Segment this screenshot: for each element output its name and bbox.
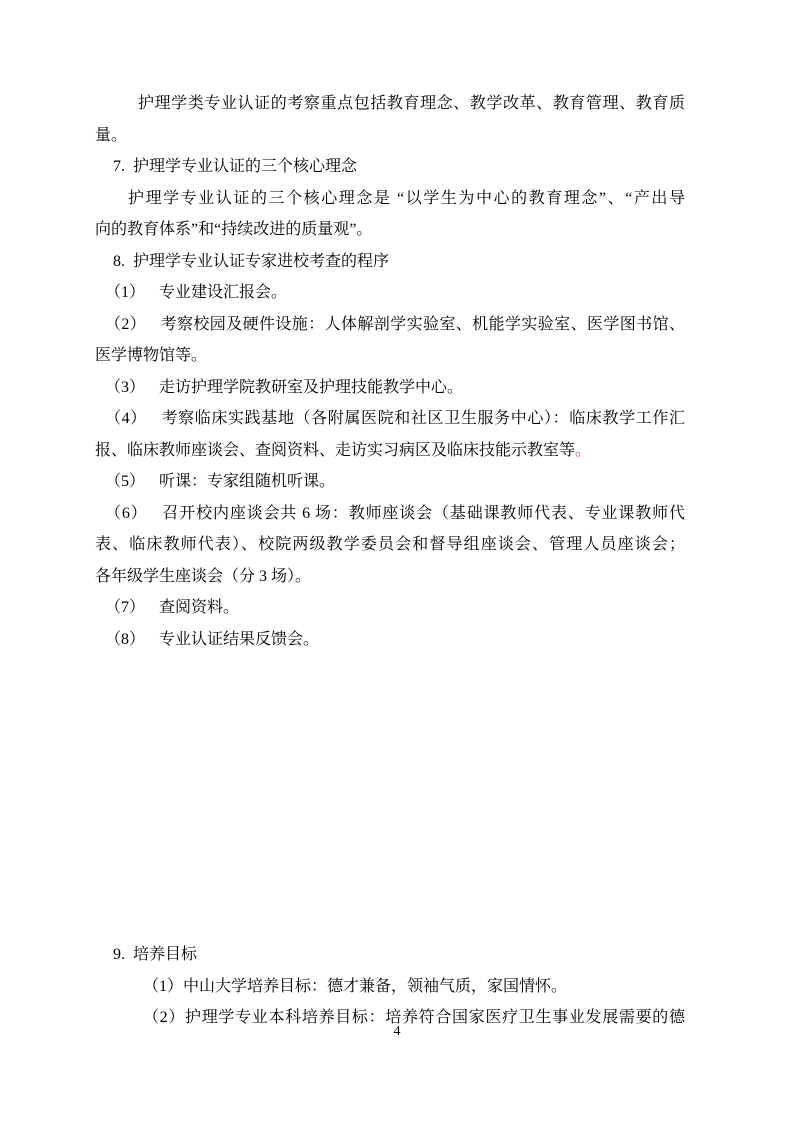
paragraph-line: 量。 bbox=[95, 120, 685, 152]
paragraph-line: 护理学类专业认证的考察重点包括教育理念、教学改革、教育管理、教育质 bbox=[95, 88, 685, 120]
list-item-text: 召开校内座谈会共 6 场：教师座谈会（基础课教师代表、专业课教师代 bbox=[162, 505, 685, 522]
list-item-line: （7）查阅资料。 bbox=[95, 592, 685, 624]
heading-number: 9. bbox=[113, 939, 133, 971]
list-item-6: （6）召开校内座谈会共 6 场：教师座谈会（基础课教师代表、专业课教师代 表、临… bbox=[95, 498, 685, 593]
paragraph-line: 向的教育体系”和“持续改进的质量观”。 bbox=[95, 214, 685, 246]
list-item-line: 各年级学生座谈会（分 3 场）。 bbox=[95, 561, 685, 593]
list-marker: （6） bbox=[105, 505, 148, 522]
list-marker: （2） bbox=[105, 316, 146, 333]
list-item-line: （4）考察临床实践基地（各附属医院和社区卫生服务中心）：临床教学工作汇 bbox=[95, 403, 685, 435]
heading-title: 护理学专业认证的三个核心理念 bbox=[133, 158, 357, 175]
heading-number: 7. bbox=[113, 151, 133, 183]
list-item-line: （5）听课：专家组随机听课。 bbox=[95, 466, 685, 498]
paragraph-core-concepts: 护理学专业认证的三个核心理念是 “以学生为中心的教育理念”、“产出导 向的教育体… bbox=[95, 183, 685, 246]
list-marker: （4） bbox=[105, 410, 147, 427]
list-item-4: （4）考察临床实践基地（各附属医院和社区卫生服务中心）：临床教学工作汇 报、临床… bbox=[95, 403, 685, 466]
document-page: 护理学类专业认证的考察重点包括教育理念、教学改革、教育管理、教育质 量。 7.护… bbox=[0, 0, 794, 1123]
list-marker: （1） bbox=[105, 284, 145, 301]
list-marker: （5） bbox=[105, 473, 145, 490]
list-marker: （7） bbox=[105, 599, 145, 616]
heading-8: 8.护理学专业认证专家进校考查的程序 bbox=[95, 246, 685, 278]
list-item-line: 医学博物馆等。 bbox=[95, 340, 685, 372]
list-marker: （3） bbox=[105, 379, 145, 396]
list-item-line: 报、临床教师座谈会、查阅资料、走访实习病区及临床技能示教室等。 bbox=[95, 435, 685, 467]
heading-title: 培养目标 bbox=[133, 946, 197, 963]
blank-space bbox=[95, 655, 685, 939]
list-item-text: 听课：专家组随机听课。 bbox=[159, 473, 335, 490]
heading-number: 8. bbox=[113, 246, 133, 278]
sub-item-1: （1）中山大学培养目标：德才兼备，领袖气质，家国情怀。 bbox=[95, 971, 685, 1003]
heading-9: 9.培养目标 bbox=[95, 939, 685, 971]
list-item-text: 专业建设汇报会。 bbox=[159, 284, 287, 301]
list-item-line: （2）考察校园及硬件设施：人体解剖学实验室、机能学实验室、医学图书馆、 bbox=[95, 309, 685, 341]
list-item-1: （1）专业建设汇报会。 bbox=[95, 277, 685, 309]
list-item-line: 表、临床教师代表）、校院两级教学委员会和督导组座谈会、管理人员座谈会； bbox=[95, 529, 685, 561]
list-item-text: 专业认证结果反馈会。 bbox=[159, 631, 319, 648]
list-item-3: （3）走访护理学院教研室及护理技能教学中心。 bbox=[95, 372, 685, 404]
list-item-line: （3）走访护理学院教研室及护理技能教学中心。 bbox=[95, 372, 685, 404]
heading-title: 护理学专业认证专家进校考查的程序 bbox=[133, 253, 389, 270]
list-item-text: 走访护理学院教研室及护理技能教学中心。 bbox=[159, 379, 463, 396]
list-item-5: （5）听课：专家组随机听课。 bbox=[95, 466, 685, 498]
paragraph-intro: 护理学类专业认证的考察重点包括教育理念、教学改革、教育管理、教育质 量。 bbox=[95, 88, 685, 151]
list-item-2: （2）考察校园及硬件设施：人体解剖学实验室、机能学实验室、医学图书馆、 医学博物… bbox=[95, 309, 685, 372]
list-item-line: （8）专业认证结果反馈会。 bbox=[95, 624, 685, 656]
list-item-text: 考察临床实践基地（各附属医院和社区卫生服务中心）：临床教学工作汇 bbox=[161, 410, 685, 427]
page-number: 4 bbox=[0, 1024, 794, 1040]
list-item-line: （1）专业建设汇报会。 bbox=[95, 277, 685, 309]
list-item-text: 报、临床教师座谈会、查阅资料、走访实习病区及临床技能示教室等 bbox=[95, 442, 575, 459]
list-item-7: （7）查阅资料。 bbox=[95, 592, 685, 624]
red-period: 。 bbox=[575, 442, 591, 459]
list-item-line: （6）召开校内座谈会共 6 场：教师座谈会（基础课教师代表、专业课教师代 bbox=[95, 498, 685, 530]
list-item-text: 查阅资料。 bbox=[159, 599, 239, 616]
paragraph-line: 护理学专业认证的三个核心理念是 “以学生为中心的教育理念”、“产出导 bbox=[95, 183, 685, 215]
heading-7: 7.护理学专业认证的三个核心理念 bbox=[95, 151, 685, 183]
list-item-text: 考察校园及硬件设施：人体解剖学实验室、机能学实验室、医学图书馆、 bbox=[160, 316, 685, 333]
list-marker: （8） bbox=[105, 631, 145, 648]
list-item-8: （8）专业认证结果反馈会。 bbox=[95, 624, 685, 656]
